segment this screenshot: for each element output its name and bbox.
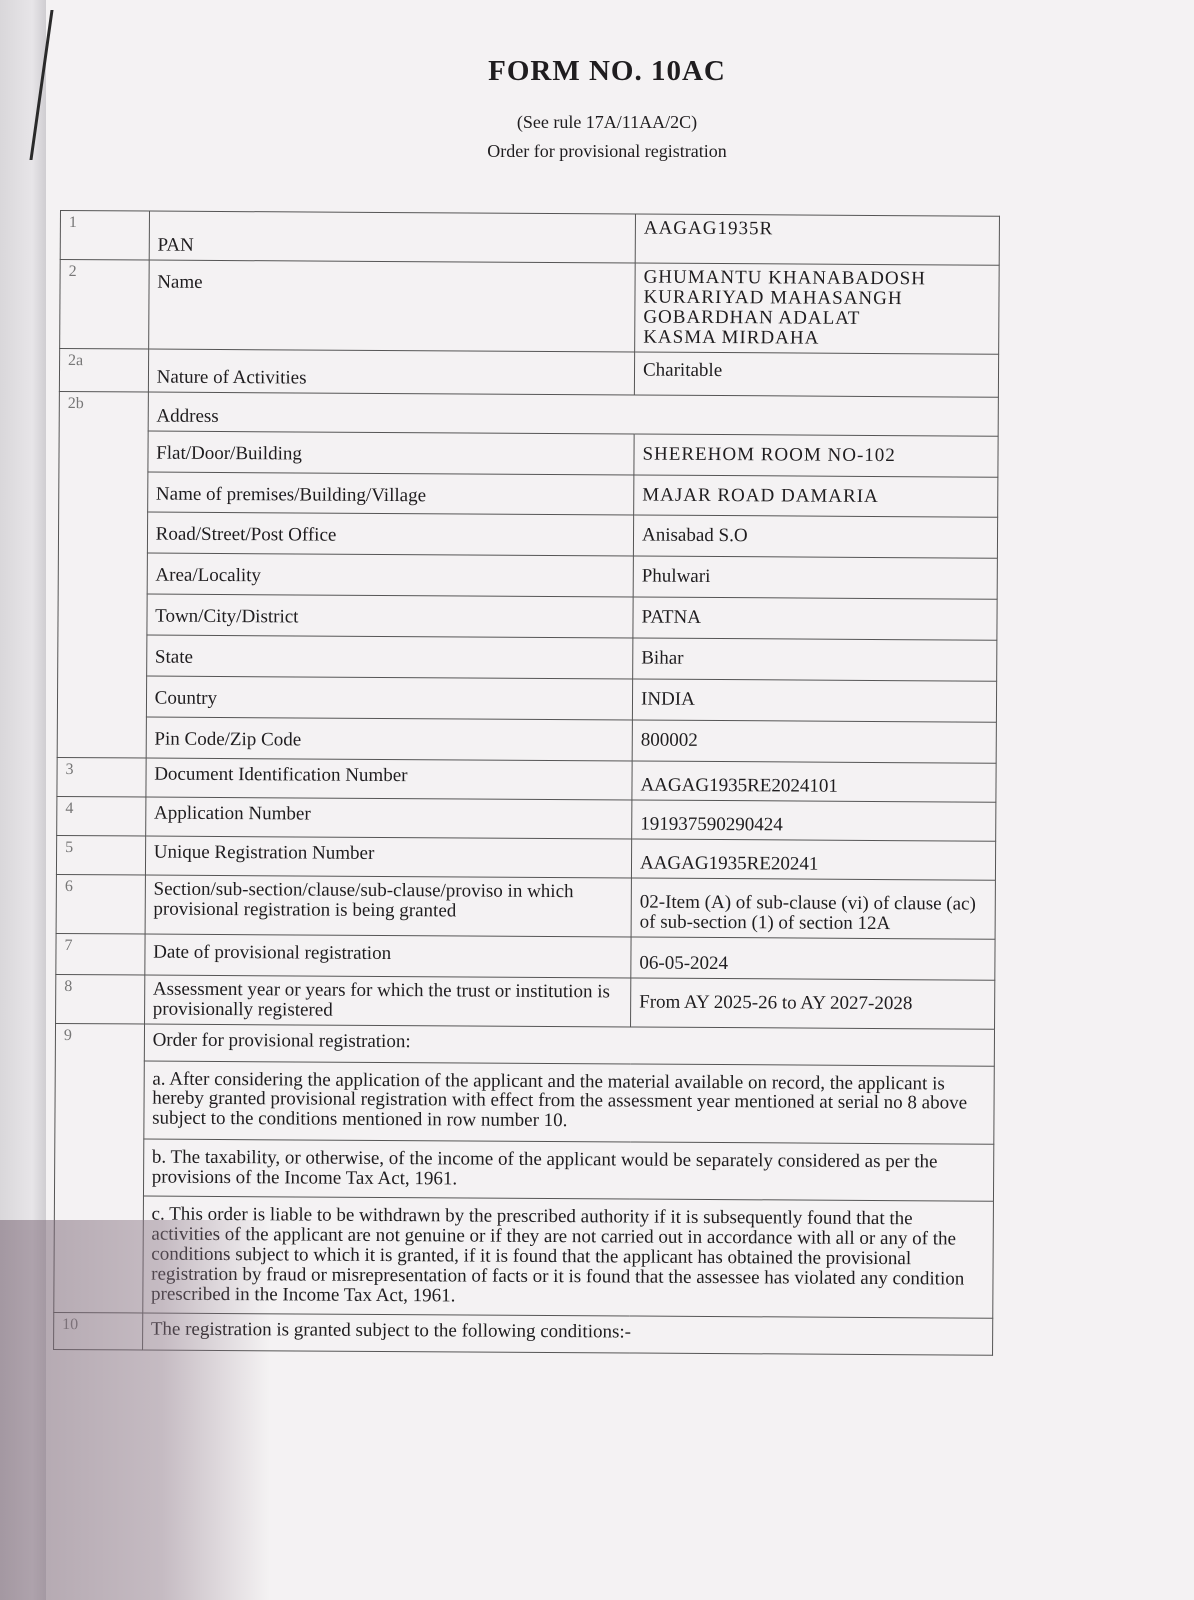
form-header: FORM NO. 10AC (See rule 17A/11AA/2C) Ord…	[0, 55, 1194, 162]
sno: 7	[56, 933, 145, 974]
page-edge	[0, 0, 46, 1600]
form-title: FORM NO. 10AC	[20, 55, 1194, 88]
label-name: Name	[148, 260, 635, 352]
sno: 2	[60, 259, 149, 348]
registration-table: 1 PAN AAGAG1935R 2 Name GHUMANTU KHANABA…	[53, 210, 1000, 1356]
row-address-field: Flat/Door/Building SHEREHOM ROOM NO-102	[59, 430, 998, 477]
sno: 3	[57, 758, 146, 797]
row-address-field: State Bihar	[58, 635, 997, 682]
row-app-no: 4 Application Number 191937590290424	[57, 796, 996, 841]
label-urn: Unique Registration Number	[145, 836, 632, 878]
address-field-label: Area/Locality	[147, 553, 634, 597]
value-section: 02-Item (A) of sub-clause (vi) of clause…	[631, 878, 995, 939]
address-field-value: Bihar	[633, 638, 997, 681]
row-date: 7 Date of provisional registration 06-05…	[56, 933, 995, 980]
label-ay: Assessment year or years for which the t…	[144, 975, 631, 1027]
sno: 10	[54, 1312, 143, 1349]
value-din: AAGAG1935RE2024101	[632, 761, 996, 802]
label-nature: Nature of Activities	[148, 349, 635, 395]
row-address-field: Town/City/District PATNA	[58, 594, 997, 641]
label-pan: PAN	[149, 211, 636, 263]
value-ay: From AY 2025-26 to AY 2027-2028	[631, 978, 995, 1029]
address-field-label: Pin Code/Zip Code	[146, 717, 633, 761]
address-field-label: State	[146, 635, 633, 679]
address-field-label: Town/City/District	[147, 594, 634, 638]
address-field-value: Anisabad S.O	[633, 515, 997, 558]
address-field-value: Phulwari	[633, 556, 997, 599]
sno: 5	[56, 835, 145, 874]
form-subtitle: Order for provisional registration	[20, 141, 1194, 162]
label-address: Address	[148, 392, 635, 434]
row-ay: 8 Assessment year or years for which the…	[56, 974, 995, 1029]
row-order-para: a. After considering the application of …	[55, 1060, 994, 1145]
address-field-label: Road/Street/Post Office	[147, 512, 634, 556]
address-field-label: Country	[146, 676, 633, 720]
label-conditions: The registration is granted subject to t…	[142, 1313, 993, 1355]
value-date: 06-05-2024	[631, 937, 995, 980]
sno: 8	[56, 974, 145, 1023]
sno: 2b	[57, 391, 148, 758]
address-field-value: SHEREHOM ROOM NO-102	[634, 434, 998, 477]
address-field-value: INDIA	[632, 679, 996, 722]
label-app-no: Application Number	[145, 797, 632, 839]
order-paragraph-c: c. This order is liable to be withdrawn …	[142, 1196, 993, 1318]
address-field-value: MAJAR ROAD DAMARIA	[634, 475, 998, 518]
label-date: Date of provisional registration	[145, 934, 632, 978]
row-conditions: 10 The registration is granted subject t…	[54, 1312, 993, 1355]
row-address-field: Country INDIA	[57, 676, 996, 723]
value-pan: AAGAG1935R	[635, 214, 999, 265]
row-order-para: b. The taxability, or otherwise, of the …	[54, 1139, 993, 1202]
row-address-field: Area/Locality Phulwari	[58, 553, 997, 600]
row-address-field: Road/Street/Post Office Anisabad S.O	[58, 512, 997, 559]
label-din: Document Identification Number	[146, 758, 633, 800]
value-name: GHUMANTU KHANABADOSH KURARIYAD MAHASANGH…	[635, 263, 1000, 354]
address-field-value: 800002	[632, 720, 996, 763]
order-paragraph-a: a. After considering the application of …	[144, 1061, 995, 1145]
sno: 2a	[59, 348, 148, 391]
row-address-field: Pin Code/Zip Code 800002	[57, 717, 996, 764]
row-order: 9 Order for provisional registration:	[55, 1023, 994, 1066]
row-din: 3 Document Identification Number AAGAG19…	[57, 758, 996, 803]
value-urn: AAGAG1935RE20241	[631, 839, 995, 880]
sno: 1	[60, 211, 149, 260]
row-urn: 5 Unique Registration Number AAGAG1935RE…	[56, 835, 995, 880]
row-order-para: c. This order is liable to be withdrawn …	[54, 1196, 994, 1318]
label-order: Order for provisional registration:	[144, 1024, 995, 1066]
order-paragraph-b: b. The taxability, or otherwise, of the …	[143, 1139, 994, 1201]
sno: 4	[57, 796, 146, 835]
row-address: 2b Address	[59, 391, 998, 436]
address-field-label: Flat/Door/Building	[148, 431, 635, 475]
value-address-empty	[634, 395, 998, 436]
row-nature: 2a Nature of Activities Charitable	[59, 348, 998, 397]
row-address-field: Name of premises/Building/Village MAJAR …	[59, 471, 998, 518]
form-rule: (See rule 17A/11AA/2C)	[20, 112, 1194, 133]
sno: 9	[54, 1023, 144, 1313]
sno: 6	[56, 874, 145, 933]
row-section: 6 Section/sub-section/clause/sub-clause/…	[56, 874, 995, 939]
name-line: KASMA MIRDAHA	[643, 327, 990, 349]
address-field-value: PATNA	[633, 597, 997, 640]
address-field-label: Name of premises/Building/Village	[147, 472, 634, 516]
value-app-no: 191937590290424	[632, 800, 996, 841]
value-nature: Charitable	[634, 352, 998, 397]
row-pan: 1 PAN AAGAG1935R	[60, 211, 999, 266]
row-name: 2 Name GHUMANTU KHANABADOSH KURARIYAD MA…	[60, 259, 1000, 353]
label-section: Section/sub-section/clause/sub-clause/pr…	[145, 875, 632, 937]
